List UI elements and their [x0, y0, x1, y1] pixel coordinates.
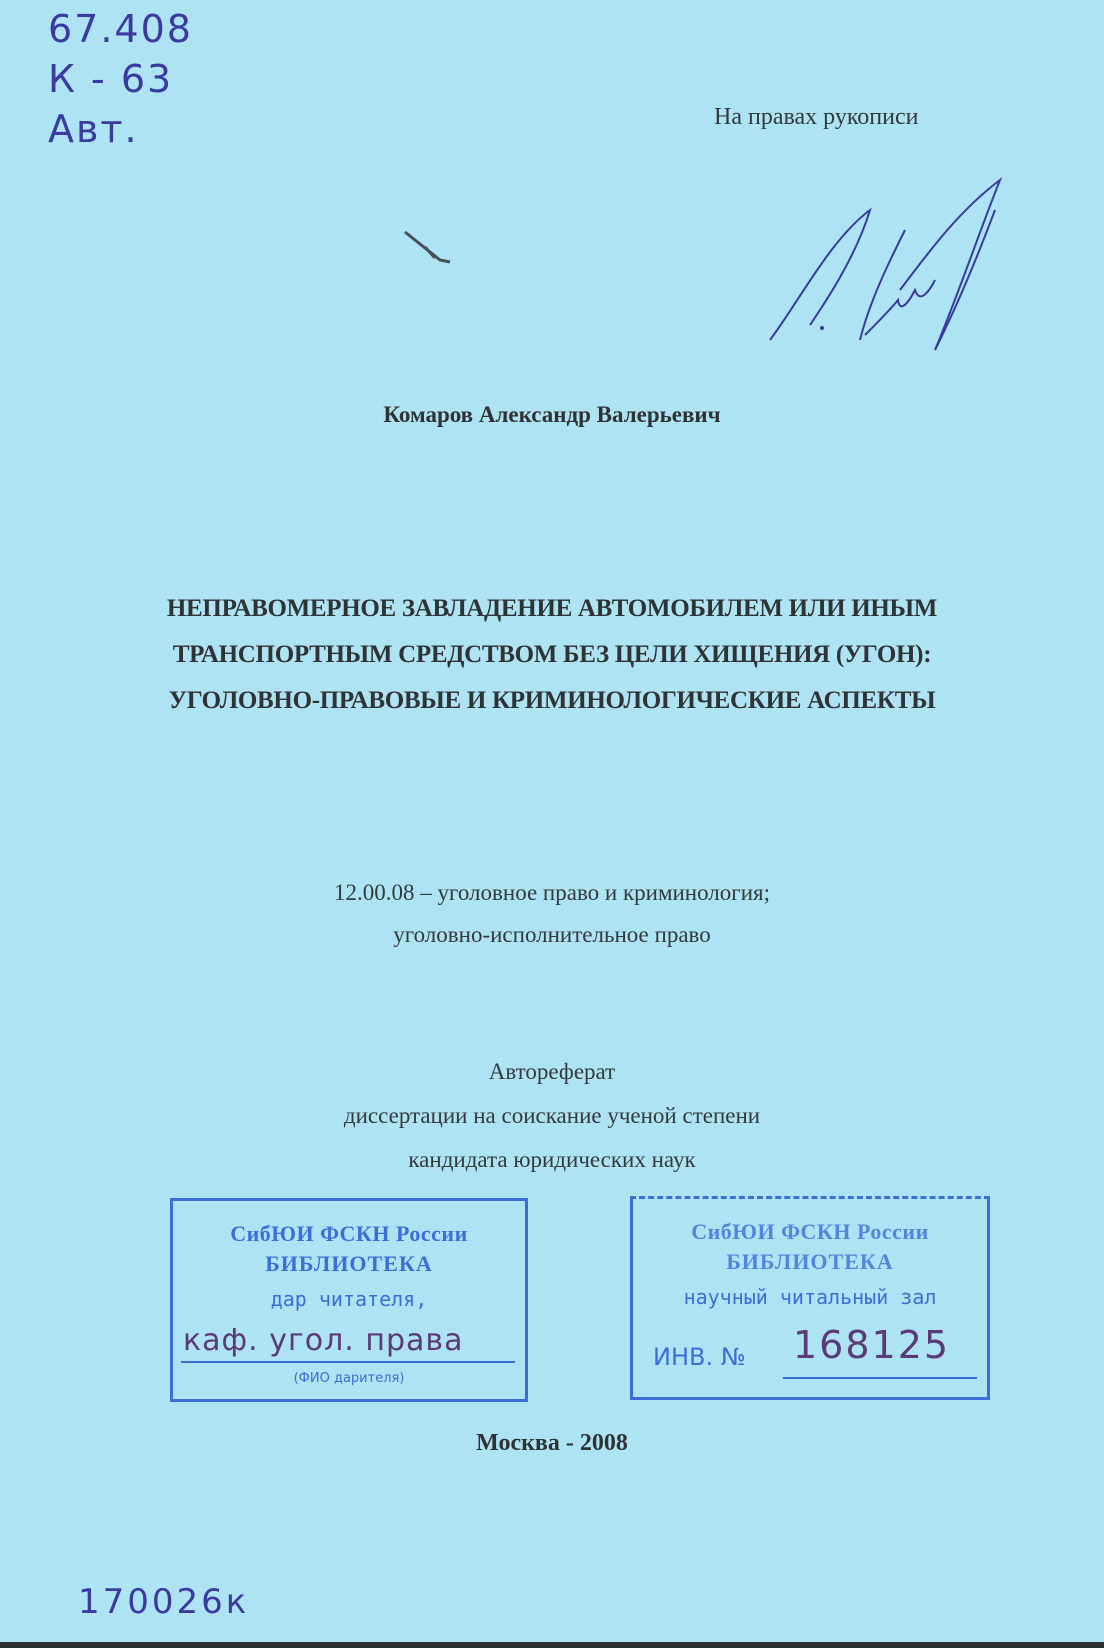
specialty-line: уголовно-исполнительное право — [0, 914, 1104, 956]
call-number-line: 67.408 — [48, 4, 193, 54]
stamp-library: БИБЛИОТЕКА — [633, 1249, 987, 1275]
title-line: УГОЛОВНО-ПРАВОВЫЕ И КРИМИНОЛОГИЧЕСКИЕ АС… — [0, 678, 1104, 724]
scan-edge — [0, 1642, 1104, 1648]
stamp-org: СибЮИ ФСКН России — [633, 1219, 987, 1245]
signature — [760, 150, 1020, 370]
handwritten-call-number: 67.408 К - 63 Авт. — [48, 4, 193, 154]
handwritten-inventory-note: 170026к — [78, 1582, 249, 1622]
donor-caption: (ФИО дарителя) — [173, 1371, 525, 1386]
abstract-line: Автореферат — [0, 1050, 1104, 1094]
abstract-line: диссертации на соискание ученой степени — [0, 1094, 1104, 1138]
abstract-line: кандидата юридических наук — [0, 1138, 1104, 1182]
call-number-line: Авт. — [48, 104, 193, 154]
library-reading-room-stamp: СибЮИ ФСКН России БИБЛИОТЕКА научный чит… — [630, 1196, 990, 1400]
stamp-subtitle: научный читальный зал — [633, 1285, 987, 1309]
donor-handwritten-value: каф. угол. права — [183, 1323, 533, 1358]
stamp-org: СибЮИ ФСКН России — [173, 1221, 525, 1247]
document-page: 67.408 К - 63 Авт. На правах рукописи Ко… — [0, 0, 1104, 1648]
specialty-code: 12.00.08 – уголовное право и криминологи… — [0, 872, 1104, 956]
pencil-mark — [405, 232, 455, 272]
abstract-designation: Автореферат диссертации на соискание уче… — [0, 1050, 1104, 1182]
city-year: Москва - 2008 — [0, 1430, 1104, 1457]
specialty-line: 12.00.08 – уголовное право и криминологи… — [0, 872, 1104, 914]
rights-notice: На правах рукописи — [714, 104, 918, 131]
dissertation-title: НЕПРАВОМЕРНОЕ ЗАВЛАДЕНИЕ АВТОМОБИЛЕМ ИЛИ… — [0, 586, 1104, 724]
inventory-number: 168125 — [793, 1323, 950, 1367]
inventory-fill-line — [783, 1377, 977, 1379]
inventory-label: ИНВ. № — [653, 1343, 746, 1371]
library-donation-stamp: СибЮИ ФСКН России БИБЛИОТЕКА дар читател… — [170, 1198, 528, 1402]
author-name: Комаров Александр Валерьевич — [0, 402, 1104, 428]
stamp-library: БИБЛИОТЕКА — [173, 1251, 525, 1277]
donor-fill-line — [181, 1361, 515, 1363]
title-line: ТРАНСПОРТНЫМ СРЕДСТВОМ БЕЗ ЦЕЛИ ХИЩЕНИЯ … — [0, 632, 1104, 678]
call-number-line: К - 63 — [48, 54, 193, 104]
title-line: НЕПРАВОМЕРНОЕ ЗАВЛАДЕНИЕ АВТОМОБИЛЕМ ИЛИ… — [0, 586, 1104, 632]
stamp-subtitle: дар читателя, — [173, 1287, 525, 1311]
